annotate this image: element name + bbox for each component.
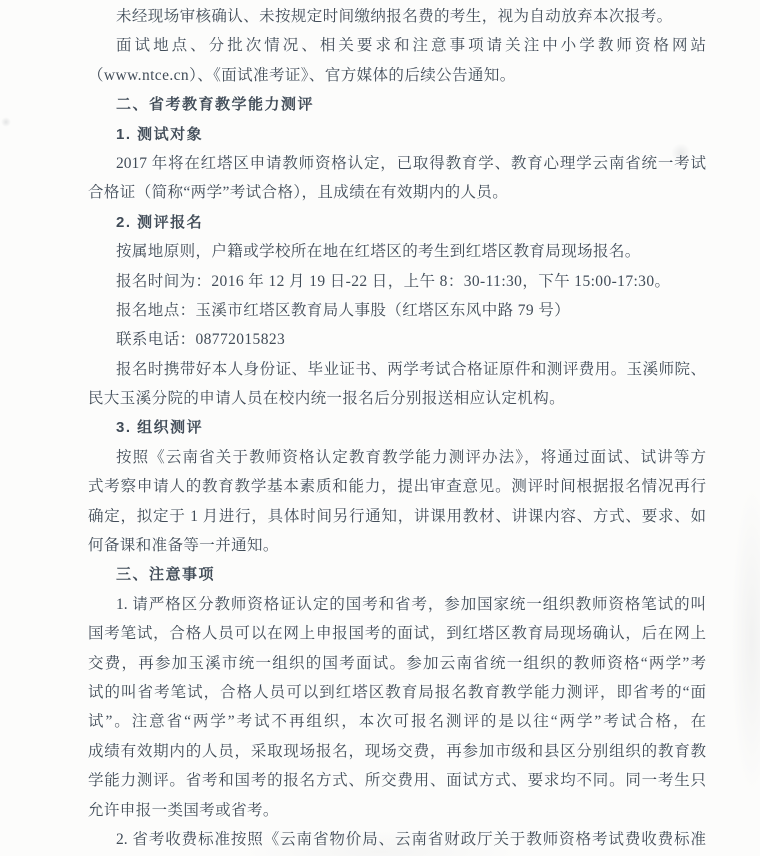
text-line: 1. 请严格区分教师资格证认定的国考和省考，参加国家统一组织教师资格笔试的叫 — [88, 590, 706, 619]
heading-line: 三、注意事项 — [88, 560, 706, 589]
heading-line: 1. 测试对象 — [88, 120, 706, 149]
document-text: 未经现场审核确认、未按规定时间缴纳报名费的考生，视为自动放弃本次报考。面试地点、… — [88, 2, 706, 854]
text-line: 交费，再参加玉溪市统一组织的国考面试。参加云南省统一组织的教师资格“两学”考 — [88, 649, 706, 678]
text-line: 2. 省考收费标准按照《云南省物价局、云南省财政厅关于教师资格考试费收费标准 — [88, 825, 706, 854]
text-line: 合格证（简称“两学”考试合格），且成绩在有效期内的人员。 — [88, 178, 706, 207]
heading-line: 3. 组织测评 — [88, 413, 706, 442]
text-line: 报名时间为：2016 年 12 月 19 日-22 日，上午 8：30-11:3… — [88, 267, 706, 296]
text-line: 式考察申请人的教育教学基本素质和能力，提出审查意见。测评时间根据报名情况再行 — [88, 472, 706, 501]
text-line: 国考笔试，合格人员可以在网上申报国考的面试，到红塔区教育局现场确认，后在网上 — [88, 619, 706, 648]
text-line: 学能力测评。省考和国考的报名方式、所交费用、面试方式、要求均不同。同一考生只 — [88, 766, 706, 795]
text-line: 允许申报一类国考或省考。 — [88, 796, 706, 825]
text-line: 2017 年将在红塔区申请教师资格认定，已取得教育学、教育心理学云南省统一考试 — [88, 149, 706, 178]
text-line: 按属地原则，户籍或学校所在地在红塔区的考生到红塔区教育局现场报名。 — [88, 237, 706, 266]
text-line: 报名地点：玉溪市红塔区教育局人事股（红塔区东风中路 79 号） — [88, 296, 706, 325]
text-line: 成绩有效期内的人员，采取现场报名，现场交费，再参加市级和县区分别组织的教育教 — [88, 737, 706, 766]
text-line: 面试地点、分批次情况、相关要求和注意事项请关注中小学教师资格网站 — [88, 31, 706, 60]
heading-line: 2. 测评报名 — [88, 208, 706, 237]
text-line: 民大玉溪分院的申请人员在校内统一报名后分别报送相应认定机构。 — [88, 384, 706, 413]
text-line: 确定，拟定于 1 月进行，具体时间另行通知，讲课用教材、讲课内容、方式、要求、如 — [88, 502, 706, 531]
text-line: 联系电话：08772015823 — [88, 325, 706, 354]
text-line: 未经现场审核确认、未按规定时间缴纳报名费的考生，视为自动放弃本次报考。 — [88, 2, 706, 31]
text-line: 按照《云南省关于教师资格认定教育教学能力测评办法》，将通过面试、试讲等方 — [88, 443, 706, 472]
heading-line: 二、省考教育教学能力测评 — [88, 90, 706, 119]
document-page: 未经现场审核确认、未按规定时间缴纳报名费的考生，视为自动放弃本次报考。面试地点、… — [0, 0, 760, 856]
text-line: 试的叫省考笔试，合格人员可以到红塔区教育局报名教育教学能力测评，即省考的“面 — [88, 678, 706, 707]
text-line: 报名时携带好本人身份证、毕业证书、两学考试合格证原件和测评费用。玉溪师院、 — [88, 355, 706, 384]
text-line: 何备课和准备等一并通知。 — [88, 531, 706, 560]
text-line: （www.ntce.cn）、《面试准考证》、官方媒体的后续公告通知。 — [88, 61, 706, 90]
text-line: 试”。注意省“两学”考试不再组织，本次可报名测评的是以往“两学”考试合格，在 — [88, 707, 706, 736]
